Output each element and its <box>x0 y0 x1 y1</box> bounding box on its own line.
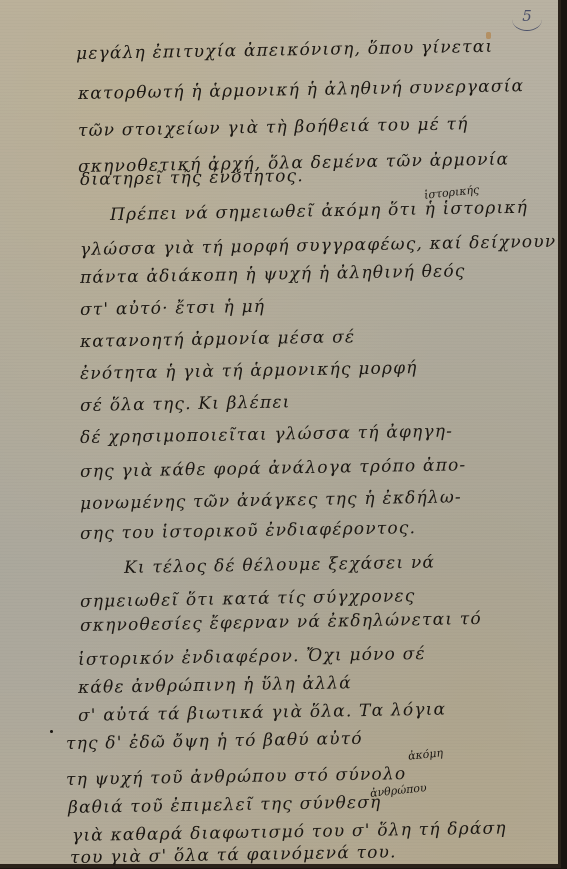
manuscript-line: Πρέπει νά σημειωθεῖ ἀκόμη ὅτι ἡ ἱστορική <box>110 198 528 225</box>
manuscript-line: κατανοητή ἀρμονία μέσα σέ <box>80 327 356 352</box>
manuscript-line: διατηρεῖ τῆς ἐνότητος. <box>80 166 304 190</box>
manuscript-line: σέ ὅλα της. Κι βλέπει <box>80 392 291 416</box>
manuscript-line: γλώσσα γιὰ τή μορφή συγγραφέως, καί δείχ… <box>80 232 557 260</box>
manuscript-line: μονωμένης τῶν ἀνάγκες της ἡ ἐκδήλω- <box>80 487 462 514</box>
manuscript-line: γιὰ καθαρά διαφωτισμό του σ' ὅλη τή δράσ… <box>72 818 507 846</box>
manuscript-line: μεγάλη ἐπιτυχία ἀπεικόνιση, ὅπου γίνεται <box>76 37 494 64</box>
manuscript-line: τῶν στοιχείων γιὰ τὴ βοήθειά του μέ τή <box>78 114 469 141</box>
manuscript-line: τη ψυχή τοῦ ἀνθρώπου στό σύνολο <box>66 764 407 790</box>
manuscript-line: της δ' ἐδῶ ὄψη ἡ τό βαθύ αὐτό <box>66 729 363 754</box>
manuscript-line: σκηνοθεσίες ἔφερναν νά ἐκδηλώνεται τό <box>80 609 482 636</box>
manuscript-line: σης γιὰ κάθε φορά ἀνάλογα τρόπο ἀπο- <box>80 455 467 482</box>
manuscript-line: βαθιά τοῦ ἐπιμελεῖ της σύνθεση <box>68 793 382 818</box>
manuscript-line: στ' αὐτό· ἔτσι ἡ μή <box>80 297 265 320</box>
manuscript-line: Κι τέλος δέ θέλουμε ξεχάσει νά <box>124 553 435 578</box>
manuscript-line: σης του ἱστορικοῦ ἐνδιαφέροντος. <box>80 518 416 544</box>
manuscript-line: σημειωθεῖ ὅτι κατά τίς σύγχρονες <box>80 586 416 612</box>
page-number: 5 <box>512 8 542 31</box>
manuscript-line: πάντα ἀδιάκοπη ἡ ψυχή ἡ ἀληθινή θεός <box>80 261 466 288</box>
manuscript-line: του γιὰ σ' ὅλα τά φαινόμενά του. <box>70 842 397 868</box>
manuscript-page: 5 μεγάλη ἐπιτυχία ἀπεικόνιση, ὅπου γίνετ… <box>0 0 561 868</box>
manuscript-line: ἐνότητα ἡ γιὰ τή ἁρμονικής μορφή <box>80 358 418 384</box>
manuscript-line: ἱστορικόν ἐνδιαφέρον. Ὄχι μόνο σέ <box>78 644 426 670</box>
manuscript-line: δέ χρησιμοποιεῖται γλώσσα τή ἀφηγη- <box>80 421 453 448</box>
ink-dot <box>50 730 53 733</box>
manuscript-line: κατορθωτή ἡ ἁρμονική ἡ ἀληθινή συνεργασί… <box>78 76 525 104</box>
manuscript-line: κάθε ἀνθρώπινη ἡ ὕλη ἀλλά <box>78 673 352 698</box>
manuscript-line: σ' αὐτά τά βιωτικά γιὰ ὅλα. Τα λόγια <box>78 700 447 726</box>
interlinear-note: ἀκόμη <box>407 746 443 763</box>
